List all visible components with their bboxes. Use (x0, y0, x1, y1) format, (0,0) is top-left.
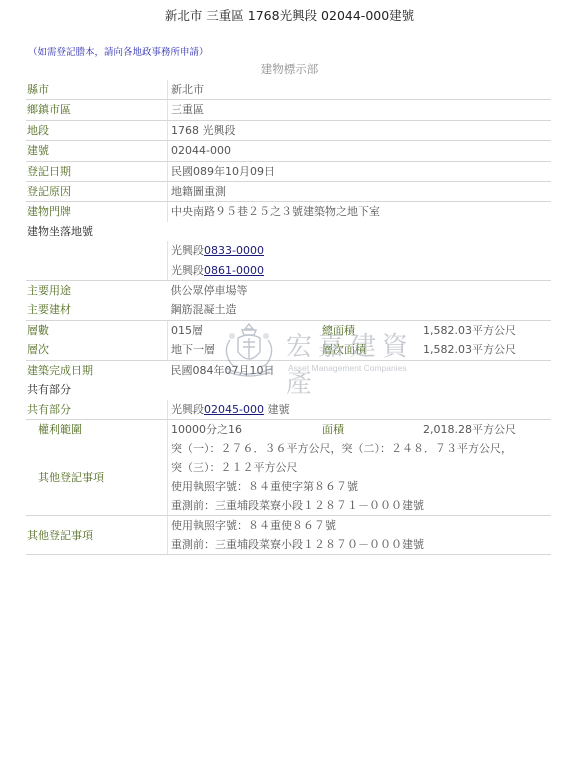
row-location-2: 光興段0861-0000 (26, 261, 551, 281)
value: 供公眾停車場等 (168, 281, 552, 301)
value: 鋼筋混凝土造 (168, 300, 552, 320)
row-building-no: 建號 02044-000 (26, 141, 551, 161)
location-heading: 建物坐落地號 (26, 222, 551, 241)
section-heading: 建物標示部 (0, 61, 579, 77)
value: 10000分之16 (168, 419, 322, 439)
value: 1768 光興段 (168, 120, 552, 140)
label: 總面積 (321, 320, 422, 340)
row-completion-date: 建築完成日期 民國084年07月10日 (26, 360, 551, 380)
row-door-plate: 建物門牌 中央南路９５巷２５之３號建築物之地下室 (26, 202, 551, 222)
value: 地下一層 (168, 340, 322, 360)
value: 中央南路９５巷２５之３號建築物之地下室 (168, 202, 552, 222)
row-main-material: 主要建材 鋼筋混凝土造 (26, 300, 551, 320)
row-reg-reason: 登記原因 地籍圖重測 (26, 182, 551, 202)
value: 1,582.03平方公尺 (422, 340, 551, 360)
label: 登記原因 (26, 182, 168, 202)
value: 突（一）：２７６．３６平方公尺，突（二）：２４８．７３平方公尺， 突（三）：２１… (168, 439, 552, 516)
row-reg-date: 登記日期 民國089年10月09日 (26, 161, 551, 181)
value: 民國084年07月10日 (168, 360, 552, 380)
value: 地籍圖重測 (168, 182, 552, 202)
label: 建物門牌 (26, 202, 168, 222)
label: 建號 (26, 141, 168, 161)
label: 層次 (26, 340, 168, 360)
value: 1,582.03平方公尺 (422, 320, 551, 340)
label: 地段 (26, 120, 168, 140)
label: 層次面積 (321, 340, 422, 360)
shared-heading: 共有部分 (26, 380, 551, 399)
building-registry-table: 縣市 新北市 鄉鎮市區 三重區 地段 1768 光興段 建號 02044-000… (26, 80, 551, 555)
label: 層數 (26, 320, 168, 340)
row-rights: 權利範圍 10000分之16 面積 2,018.28平方公尺 (26, 419, 551, 439)
row-location-heading: 建物坐落地號 (26, 222, 551, 241)
location-value: 光興段0861-0000 (168, 261, 552, 281)
value: 2,018.28平方公尺 (422, 419, 551, 439)
label: 建築完成日期 (26, 360, 168, 380)
row-main-use: 主要用途 供公眾停車場等 (26, 281, 551, 301)
label: 其他登記事項 (26, 439, 168, 516)
label: 其他登記事項 (26, 516, 168, 555)
label: 主要用途 (26, 281, 168, 301)
value: 使用執照字號：８４重使８６７號 重測前：三重埔段菜寮小段１２８７０－０００建號 (168, 516, 552, 555)
row-location-1: 光興段0833-0000 (26, 241, 551, 260)
transcript-note: （如需登記謄本，請向各地政事務所申請） (28, 44, 209, 58)
row-other-1: 其他登記事項 突（一）：２７６．３６平方公尺，突（二）：２４８．７３平方公尺， … (26, 439, 551, 516)
parcel-link[interactable]: 0861-0000 (204, 264, 264, 277)
value: 02044-000 (168, 141, 552, 161)
row-district: 鄉鎮市區 三重區 (26, 100, 551, 120)
row-land-section: 地段 1768 光興段 (26, 120, 551, 140)
parcel-link[interactable]: 0833-0000 (204, 244, 264, 257)
row-floor-level: 層次 地下一層 層次面積 1,582.03平方公尺 (26, 340, 551, 360)
location-value: 光興段0833-0000 (168, 241, 552, 260)
label: 權利範圍 (26, 419, 168, 439)
label: 縣市 (26, 80, 168, 100)
value: 新北市 (168, 80, 552, 100)
value: 民國089年10月09日 (168, 161, 552, 181)
row-floors: 層數 015層 總面積 1,582.03平方公尺 (26, 320, 551, 340)
shared-building-link[interactable]: 02045-000 (204, 403, 264, 416)
label: 面積 (321, 419, 422, 439)
value: 三重區 (168, 100, 552, 120)
label: 共有部分 (26, 400, 168, 420)
row-shared-heading: 共有部分 (26, 380, 551, 399)
row-county: 縣市 新北市 (26, 80, 551, 100)
value: 015層 (168, 320, 322, 340)
page-title: 新北市 三重區 1768光興段 02044-000建號 (0, 6, 579, 24)
label: 主要建材 (26, 300, 168, 320)
label: 鄉鎮市區 (26, 100, 168, 120)
value: 光興段02045-000 建號 (168, 400, 552, 420)
row-shared: 共有部分 光興段02045-000 建號 (26, 400, 551, 420)
label: 登記日期 (26, 161, 168, 181)
row-other-2: 其他登記事項 使用執照字號：８４重使８６７號 重測前：三重埔段菜寮小段１２８７０… (26, 516, 551, 555)
